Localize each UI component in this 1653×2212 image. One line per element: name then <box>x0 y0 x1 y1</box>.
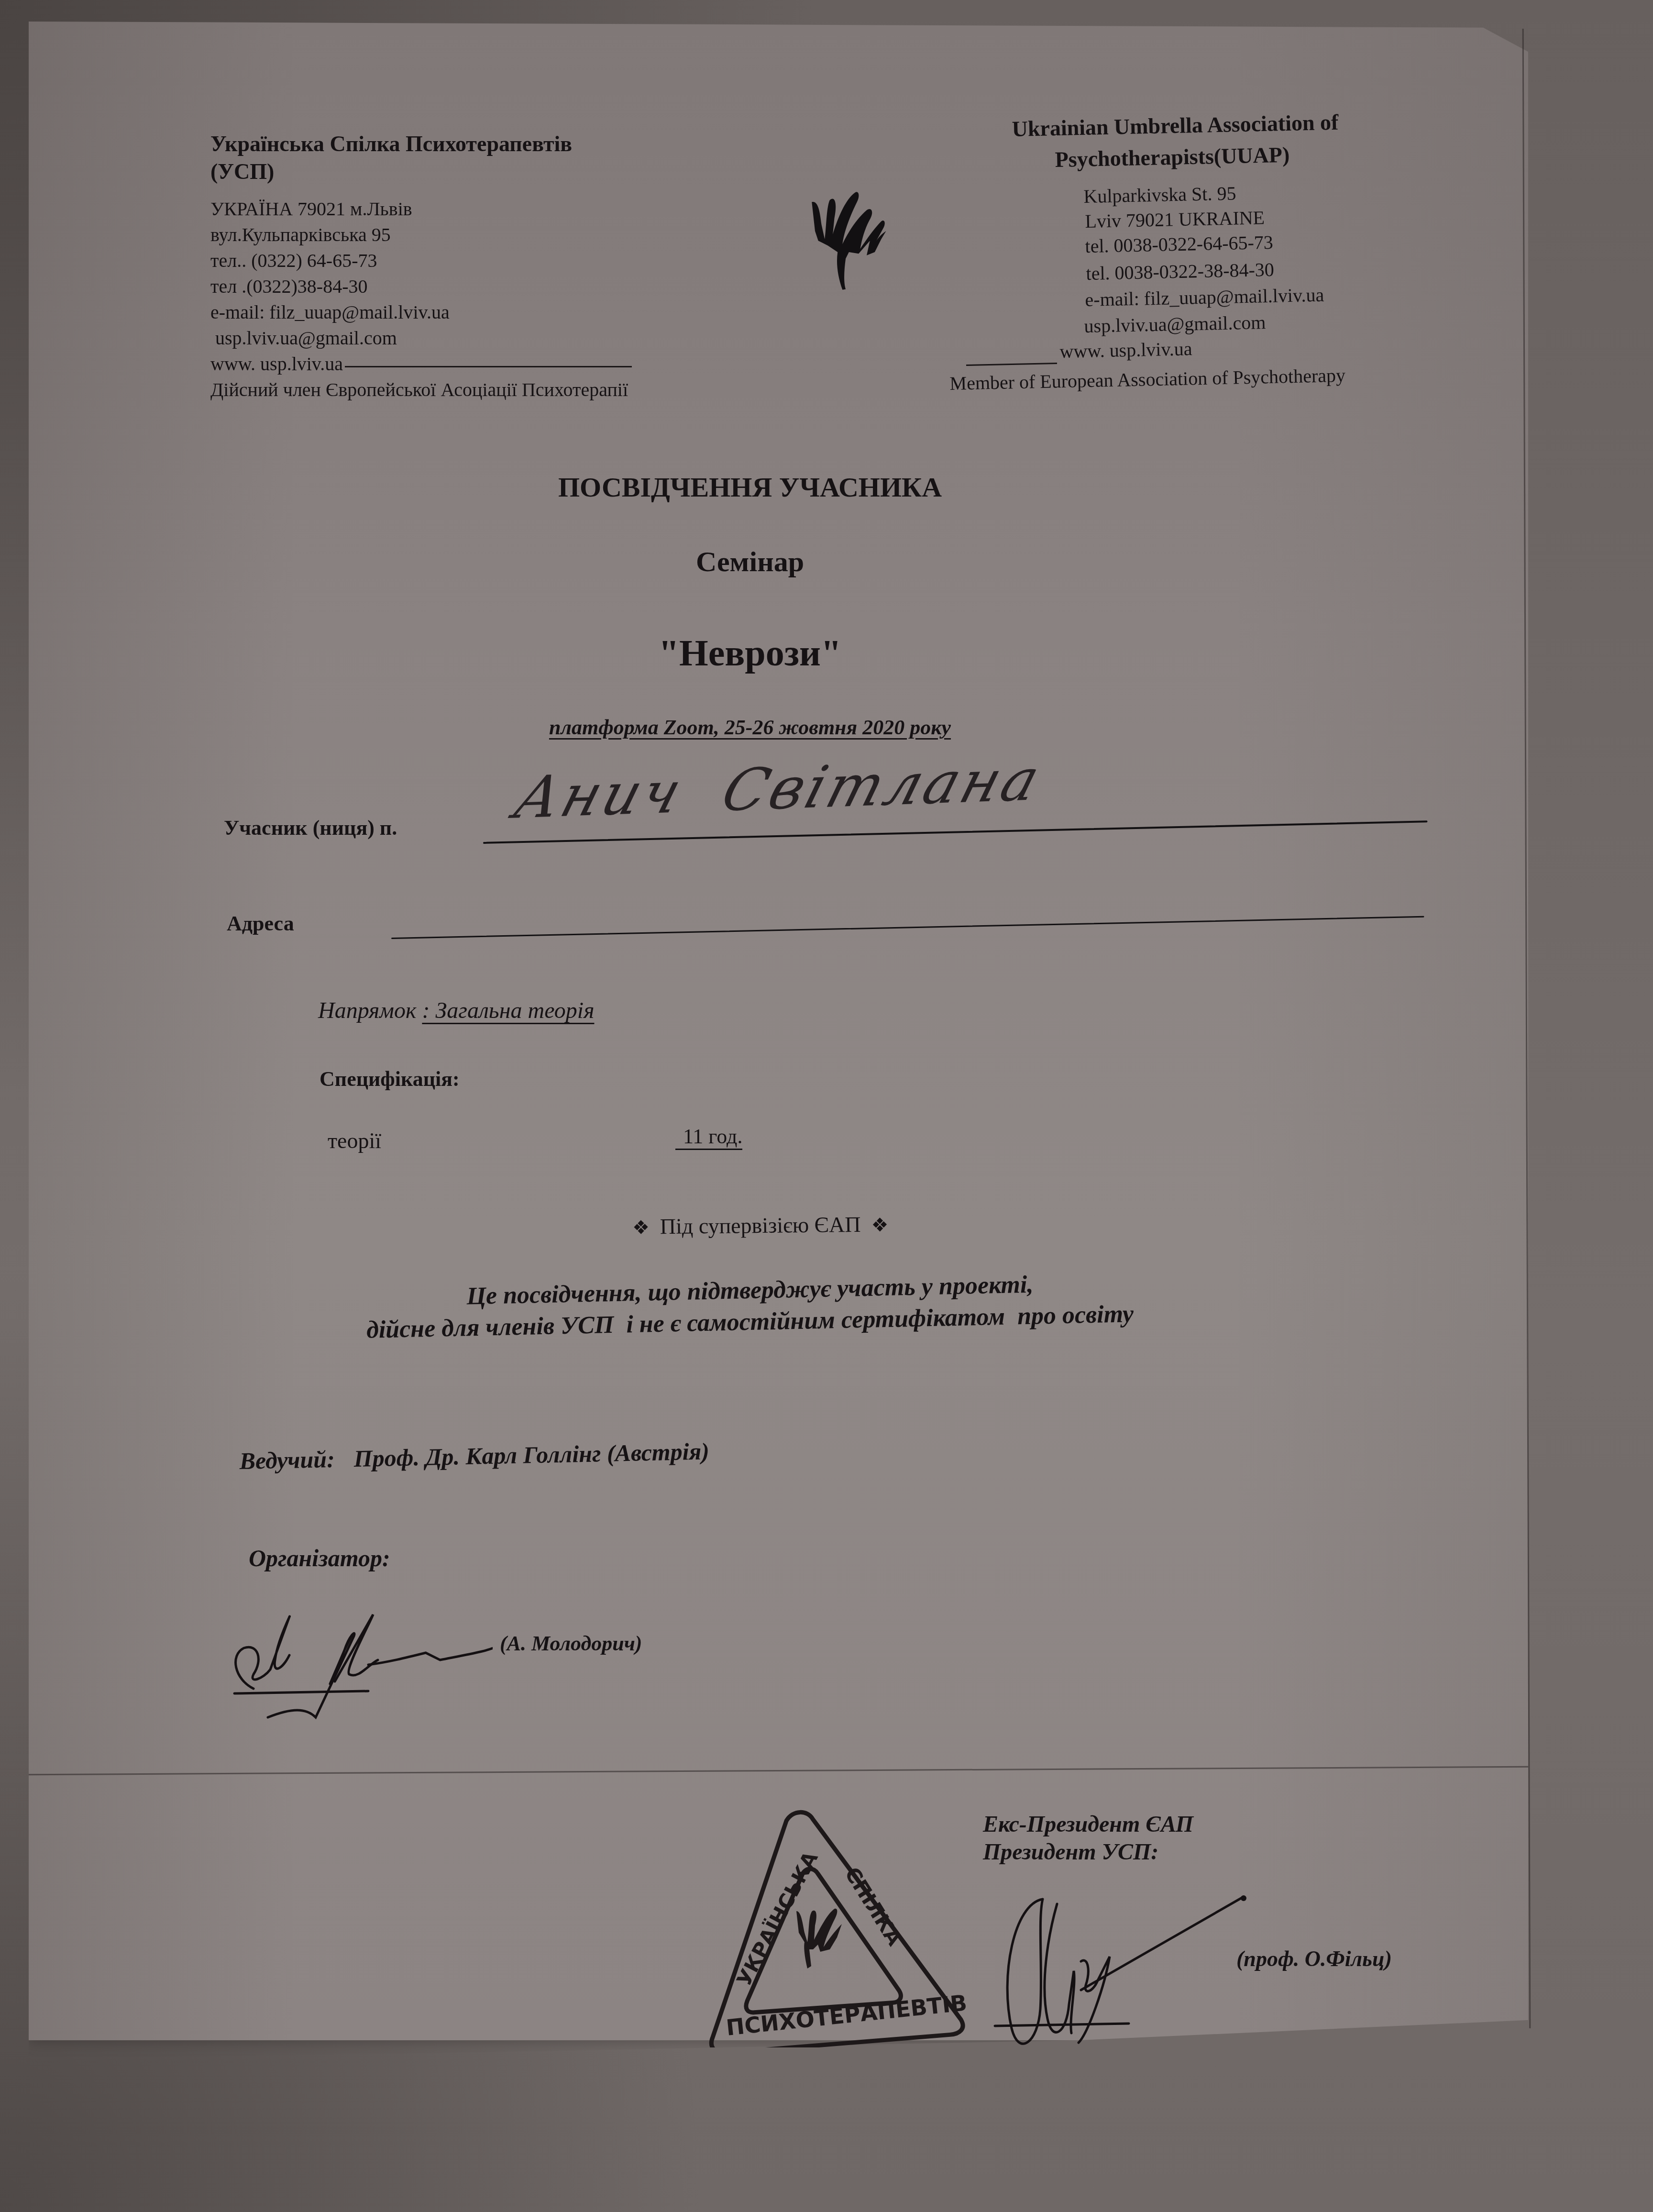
website-line: www. usp.lviv.ua <box>210 351 632 377</box>
org-name-ua: Українська Спілка Психотерапевтів (УСП) <box>210 130 572 186</box>
president-title-line1: Екс-Президент ЄАП <box>983 1811 1193 1838</box>
address-line: вул.Кульпарківська 95 <box>210 222 391 248</box>
direction-label: Напрямок <box>318 998 416 1023</box>
direction-value: : Загальна теорія <box>422 998 594 1023</box>
email-line: e-mail: filz_uuap@mail.lviv.ua <box>1085 282 1324 313</box>
diamond-ornament-icon: ❖ <box>871 1214 888 1236</box>
usp-logo-icon <box>789 172 918 316</box>
phone-line: tel. 0038-0322-38-84-30 <box>1086 257 1274 287</box>
organization-stamp: УКРАЇНСЬКА СПІЛКА ПСИХОТЕРАПЕВТІВ <box>698 1803 966 2047</box>
address-line: УКРАЇНА 79021 м.Львів <box>210 196 412 222</box>
membership-ua: Дійсний член Європейської Асоціації Псих… <box>210 377 628 403</box>
org-name-en-line2: Psychotherapists(UUAP) <box>1055 141 1290 174</box>
address-line: Kulparkivska St. 95 <box>1083 180 1236 210</box>
specification-label: Специфікація: <box>320 1067 460 1091</box>
divider <box>345 366 632 367</box>
supervision-line: ❖Під супервізією ЄАП❖ <box>622 1211 899 1239</box>
organizer-label: Організатор: <box>249 1544 390 1572</box>
address-label: Адреса <box>227 911 294 936</box>
president-title-line2: Президент УСП: <box>983 1838 1193 1866</box>
email-line: e-mail: filz_uuap@mail.lviv.ua <box>210 299 450 325</box>
signature-icon <box>225 1598 493 1722</box>
spec-item-name: теорії <box>328 1128 381 1153</box>
direction-row: Напрямок : Загальна теорія <box>318 997 594 1024</box>
certificate-title: ПОСВІДЧЕННЯ УЧАСНИКА <box>0 471 1576 503</box>
diamond-ornament-icon: ❖ <box>632 1217 650 1238</box>
org-name-ua-line2: (УСП) <box>210 158 572 186</box>
phone-line: тел.. (0322) 64-65-73 <box>210 248 377 274</box>
phone-line: tel. 0038-0322-64-65-73 <box>1085 230 1273 259</box>
email-line: usp.lviv.ua@gmail.com <box>210 325 397 351</box>
certificate-type: Семінар <box>0 545 1576 578</box>
email-line: usp.lviv.ua@gmail.com <box>1084 310 1266 339</box>
spec-item-hours: 11 год. <box>675 1124 742 1150</box>
org-name-ua-line1: Українська Спілка Психотерапевтів <box>210 130 572 158</box>
stamp-text-left: УКРАЇНСЬКА <box>732 1847 823 1990</box>
platform-date: платформа Zoom, 25-26 жовтня 2020 року <box>0 715 1576 740</box>
website-line: www. usp.lviv.ua <box>1059 336 1192 365</box>
stamp-text-bottom: ПСИХОТЕРАПЕВТІВ <box>725 1990 966 2041</box>
organizer-name: (А. Молодорич) <box>500 1631 642 1656</box>
seminar-name: "Неврози" <box>0 631 1576 675</box>
president-title: Екс-Президент ЄАП Президент УСП: <box>983 1811 1193 1866</box>
president-name: (проф. О.Фільц) <box>1236 1946 1392 1971</box>
usp-logo-icon <box>796 1909 842 1969</box>
signature-icon <box>985 1890 1282 2062</box>
supervision-text: Під супервізією ЄАП <box>660 1212 861 1239</box>
phone-line: тел .(0322)38-84-30 <box>210 274 367 299</box>
stamp-text-right: СПІЛКА <box>840 1863 907 1950</box>
website-text: www. usp.lviv.ua <box>210 353 343 375</box>
host-label: Ведучий: <box>239 1446 335 1474</box>
participant-label: Учасник (ниця) п. <box>224 816 397 840</box>
